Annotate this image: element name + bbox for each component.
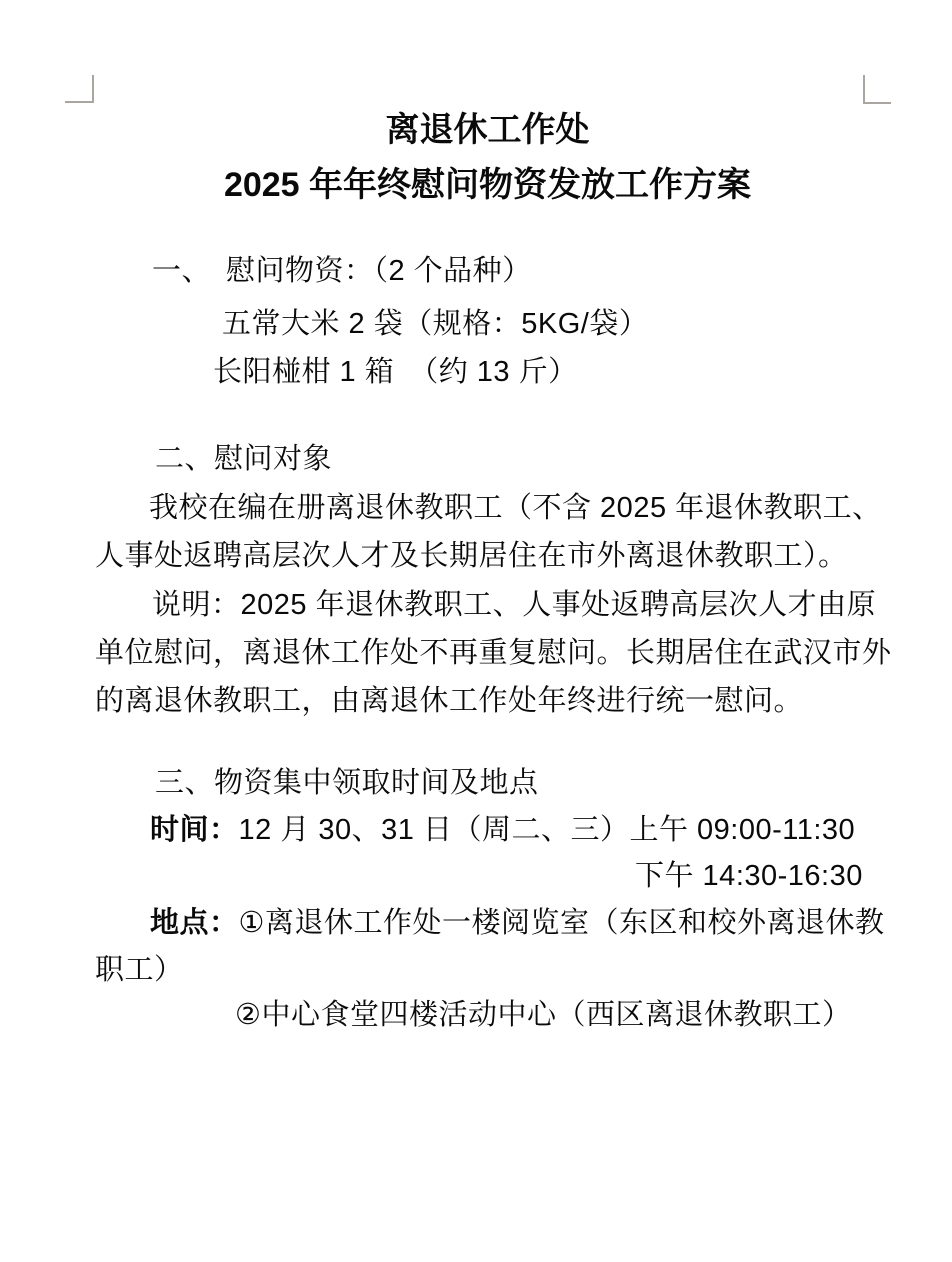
- text-segment: 下午 14:30-16:30: [635, 860, 863, 892]
- text-line-5: 人事处返聘高层次人才及长期居住在市外离退休教职工）。: [95, 540, 848, 573]
- text-segment: 三、物资集中领取时间及地点: [155, 767, 539, 799]
- text-segment: ①离退休工作处一楼阅览室（东区和校外离退休教: [239, 907, 885, 939]
- document-content: 离退休工作处 2025 年年终慰问物资发放工作方案 一、 慰问物资：（2 个品种…: [95, 0, 860, 1262]
- inline-bold-label: 时间：: [150, 814, 239, 846]
- text-segment: 我校在编在册离退休教职工（不含 2025 年退休教职工、: [149, 492, 882, 524]
- document-subtitle: 2025 年年终慰问物资发放工作方案: [105, 168, 870, 202]
- text-segment: 说明：2025 年退休教职工、人事处返聘高层次人才由原: [152, 589, 876, 621]
- text-segment: ②中心食堂四楼活动中心（西区离退休教职工）: [235, 999, 852, 1031]
- text-line-10: 时间：12 月 30、31 日（周二、三）上午 09:00-11:30: [150, 814, 855, 847]
- text-segment: 一、 慰问物资：（2 个品种）: [152, 255, 532, 287]
- text-line-12: 地点：①离退休工作处一楼阅览室（东区和校外离退休教: [150, 907, 885, 940]
- text-segment: 五常大米 2 袋（规格：5KG/袋）: [222, 308, 648, 340]
- text-segment: 人事处返聘高层次人才及长期居住在市外离退休教职工）。: [95, 540, 848, 572]
- text-segment: 长阳椪柑 1 箱 （约 13 斤）: [213, 356, 578, 388]
- text-line-6: 说明：2025 年退休教职工、人事处返聘高层次人才由原: [152, 589, 876, 622]
- text-line-1: 五常大米 2 袋（规格：5KG/袋）: [222, 308, 648, 341]
- document-title: 离退休工作处: [105, 113, 870, 147]
- text-line-0: 一、 慰问物资：（2 个品种）: [152, 255, 532, 288]
- text-line-8: 的离退休教职工，由离退休工作处年终进行统一慰问。: [95, 685, 803, 718]
- text-line-13: 职工）: [95, 954, 184, 987]
- text-line-11: 下午 14:30-16:30: [635, 860, 863, 893]
- text-segment: 12 月 30、31 日（周二、三）上午 09:00-11:30: [239, 814, 856, 846]
- text-segment: 单位慰问，离退休工作处不再重复慰问。长期居住在武汉市外: [95, 637, 892, 669]
- text-line-4: 我校在编在册离退休教职工（不含 2025 年退休教职工、: [149, 492, 882, 525]
- text-line-2: 长阳椪柑 1 箱 （约 13 斤）: [213, 356, 578, 389]
- text-line-3: 二、慰问对象: [155, 443, 332, 476]
- document-page: 离退休工作处 2025 年年终慰问物资发放工作方案 一、 慰问物资：（2 个品种…: [0, 0, 952, 1262]
- text-line-7: 单位慰问，离退休工作处不再重复慰问。长期居住在武汉市外: [95, 637, 892, 670]
- text-segment: 职工）: [95, 954, 184, 986]
- text-line-14: ②中心食堂四楼活动中心（西区离退休教职工）: [235, 999, 852, 1032]
- inline-bold-label: 地点：: [150, 907, 239, 939]
- crop-mark-top-right: [863, 75, 891, 104]
- crop-mark-top-left: [65, 75, 94, 103]
- text-segment: 二、慰问对象: [155, 443, 332, 475]
- text-line-9: 三、物资集中领取时间及地点: [155, 767, 539, 800]
- text-segment: 的离退休教职工，由离退休工作处年终进行统一慰问。: [95, 685, 803, 717]
